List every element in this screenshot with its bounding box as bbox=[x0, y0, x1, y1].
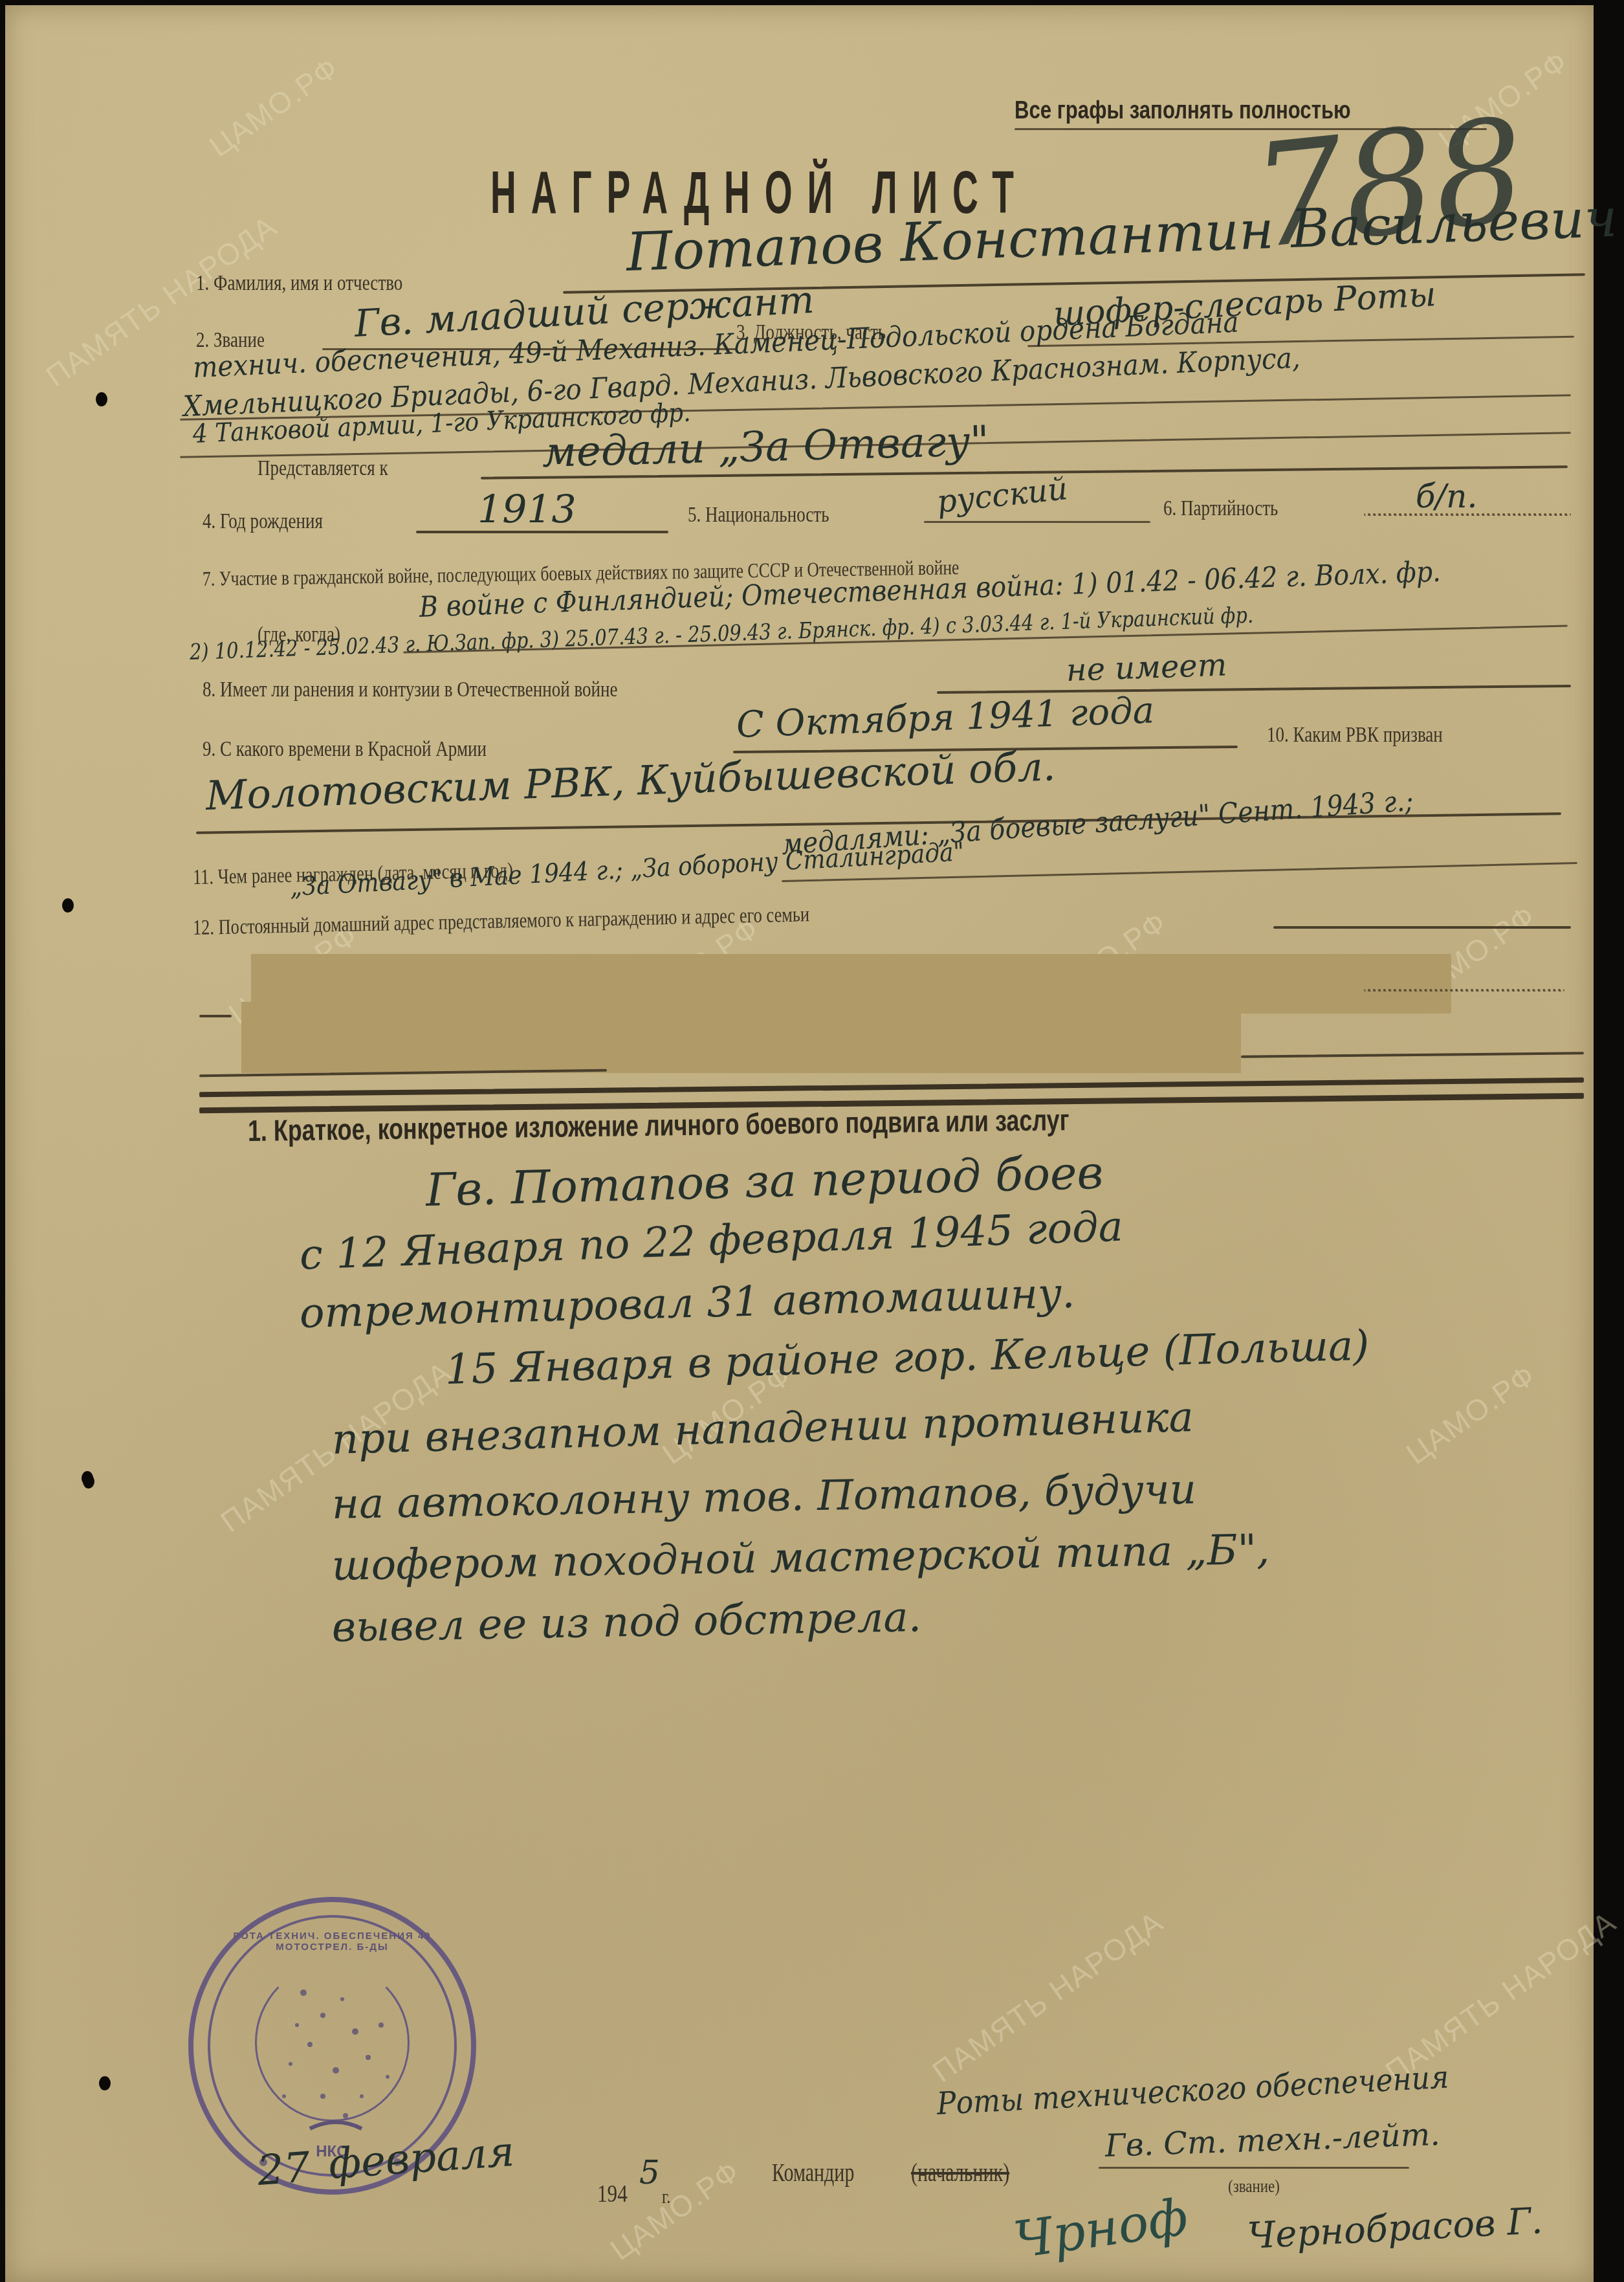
address-line-stub bbox=[199, 1015, 232, 1017]
punch-hole bbox=[99, 2076, 111, 2090]
field-4-value[interactable]: 1913 bbox=[477, 487, 576, 533]
commander-unit: Роты технического обеспечения bbox=[936, 2059, 1450, 2122]
field-8-label: 8. Имеет ли ранения и контузии в Отечест… bbox=[203, 678, 618, 702]
year-suffix: г. bbox=[662, 2186, 670, 2208]
date-day: 27 bbox=[256, 2144, 311, 2195]
field-5-value[interactable]: русский bbox=[935, 471, 1070, 520]
narrative-line-1: Гв. Потапов за период боев bbox=[425, 1146, 1104, 1217]
rank-line bbox=[1099, 2167, 1409, 2169]
nominated-label: Представляется к bbox=[258, 457, 388, 481]
address-line bbox=[1241, 1052, 1584, 1058]
field-9-label: 9. С какого времени в Красной Армии bbox=[203, 738, 487, 762]
field-6-value[interactable]: б/п. bbox=[1416, 478, 1477, 515]
field-11-value-line2[interactable]: „За Отвагу" в Мае 1944 г.; „За оборону С… bbox=[289, 837, 965, 902]
punch-hole bbox=[62, 898, 74, 913]
stamp-ring-text: РОТА ТЕХНИЧ. ОБЕСПЕЧЕНИЯ 49 МОТОСТРЕЛ. Б… bbox=[193, 1931, 471, 1953]
narrative-line-7: шофером походной мастерской типа „Б", bbox=[331, 1526, 1270, 1590]
signature-scrawl: Чрноф bbox=[1011, 2188, 1192, 2270]
field-8-line bbox=[937, 685, 1571, 694]
section-separator bbox=[199, 1078, 1584, 1097]
address-redaction bbox=[241, 1002, 1241, 1073]
narrative-line-3: отремонтировал 31 автомашину. bbox=[299, 1270, 1075, 1338]
watermark: ПАМЯТЬ НАРОДА bbox=[926, 1904, 1170, 2090]
award-sheet-document: ЦАМО.РФ ПАМЯТЬ НАРОДА ЦАМО.РФ ЦАМО.РФ ЦА… bbox=[5, 5, 1594, 2282]
field-1-label: 1. Фамилия, имя и отчество bbox=[196, 272, 402, 296]
year-hand: 5 bbox=[639, 2154, 660, 2191]
narrative-line-8: вывел ее из под обстрела. bbox=[331, 1593, 921, 1652]
field-12-line bbox=[1273, 926, 1571, 929]
punch-hole bbox=[83, 1474, 94, 1489]
field-6-label: 6. Партийность bbox=[1163, 497, 1278, 521]
field-8-value[interactable]: не имеет bbox=[1066, 647, 1227, 689]
field-5-label: 5. Национальность bbox=[688, 504, 829, 527]
field-4-label: 4. Год рождения bbox=[203, 510, 323, 534]
year-print: 194 bbox=[597, 2180, 628, 2208]
rank-value: Гв. Ст. техн.-лейт. bbox=[1104, 2116, 1440, 2164]
commander-struck-label: (начальник) bbox=[911, 2157, 1009, 2188]
rank-caption: (звание) bbox=[1228, 2177, 1280, 2197]
narrative-line-2: с 12 Января по 22 февраля 1945 года bbox=[299, 1203, 1124, 1279]
watermark: ЦАМО.РФ bbox=[604, 2153, 746, 2268]
narrative-line-6: на автоколонну тов. Потапов, будучи bbox=[331, 1466, 1196, 1529]
watermark: ЦАМО.РФ bbox=[1399, 1357, 1542, 1472]
narrative-line-4: 15 Января в районе гор. Кельце (Польша) bbox=[444, 1322, 1370, 1394]
signature-name: Чернобрасов Г. bbox=[1246, 2200, 1543, 2257]
commander-label: Командир bbox=[772, 2157, 854, 2188]
watermark: ЦАМО.РФ bbox=[203, 50, 345, 164]
field-9-value[interactable]: С Октября 1941 года bbox=[736, 689, 1155, 746]
field-5-line bbox=[924, 521, 1150, 523]
address-line-dotted bbox=[1364, 989, 1564, 991]
field-10-label: 10. Каким РВК призван bbox=[1267, 724, 1443, 748]
punch-hole bbox=[96, 392, 107, 406]
